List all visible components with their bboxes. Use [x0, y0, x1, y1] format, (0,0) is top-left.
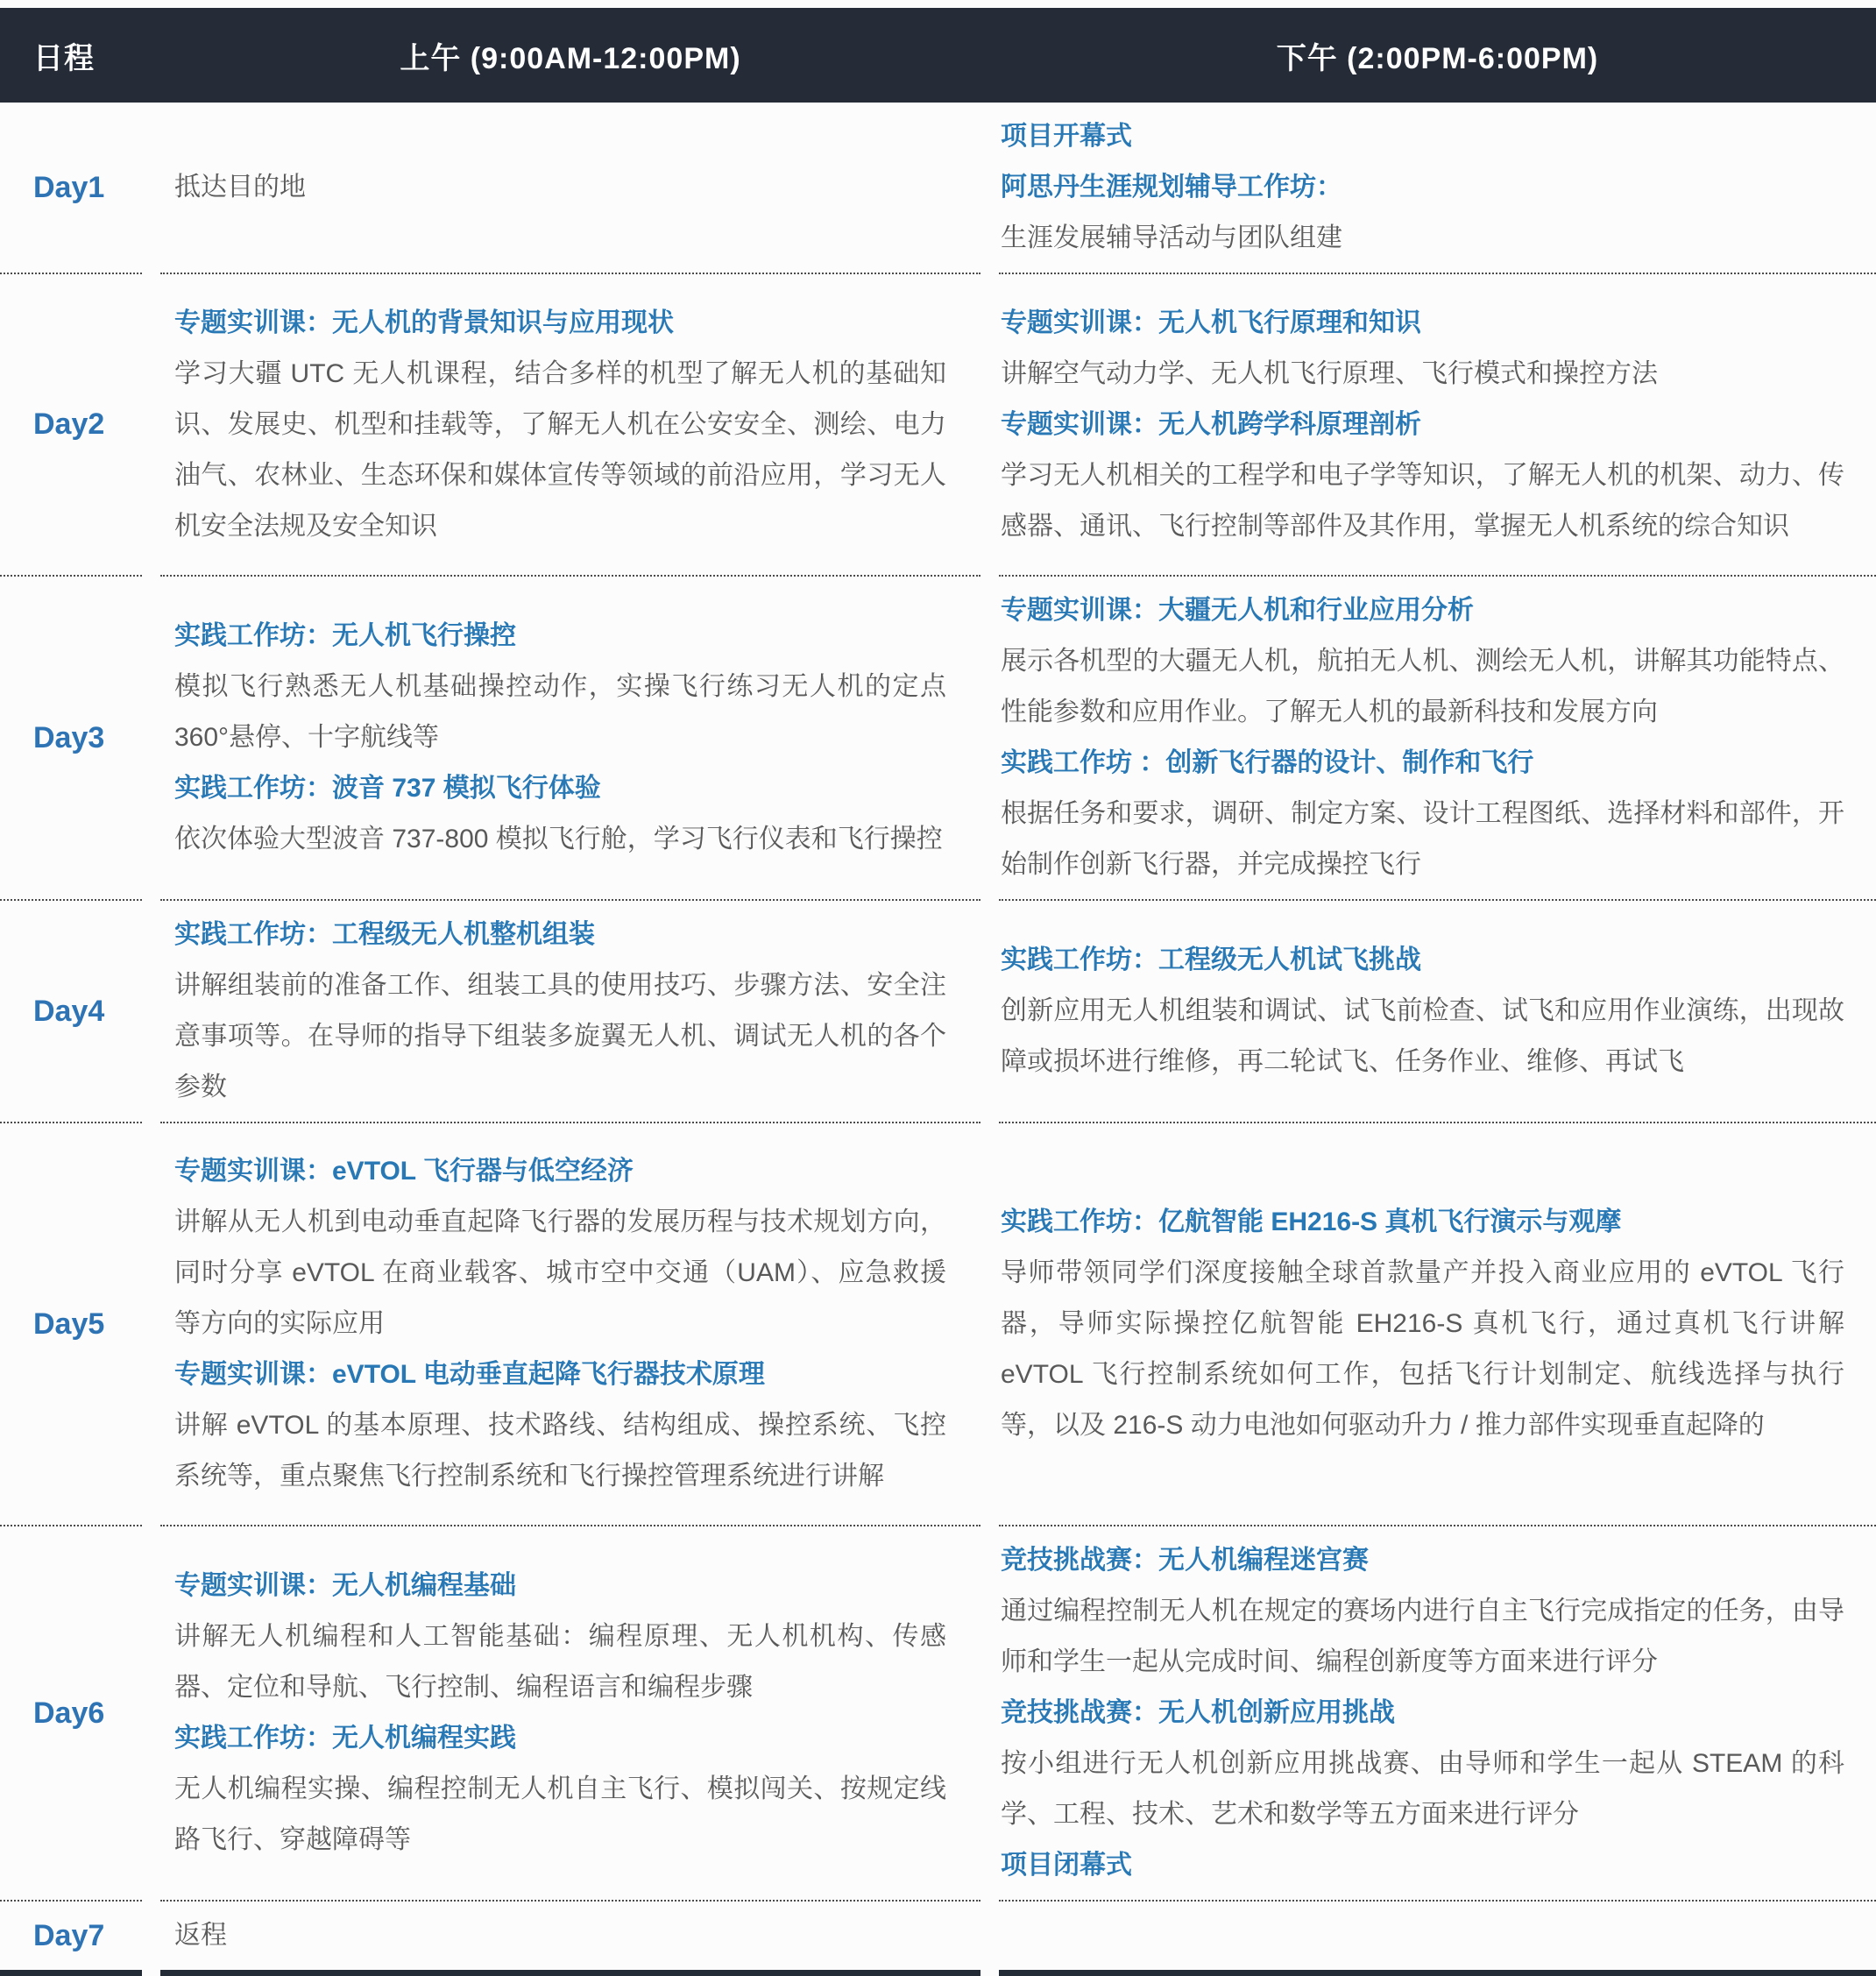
- session-title: 阿思丹生涯规划辅导工作坊：: [1001, 162, 1844, 213]
- session-desc: 模拟飞行熟悉无人机基础操控动作，实操飞行练习无人机的定点 360°悬停、十字航线…: [174, 662, 946, 763]
- session-desc: 通过编程控制无人机在规定的赛场内进行自主飞行完成指定的任务，由导师和学生一起从完…: [1001, 1586, 1844, 1688]
- afternoon-cell: [999, 1900, 1876, 1976]
- day-cell: Day7: [0, 1900, 142, 1976]
- morning-cell: 专题实训课：无人机编程基础 讲解无人机编程和人工智能基础：编程原理、无人机机构、…: [160, 1525, 980, 1900]
- session-title: 实践工作坊 ：创新飞行器的设计、制作和飞行: [1001, 738, 1844, 789]
- session-desc: 导师带领同学们深度接触全球首款量产并投入商业应用的 eVTOL 飞行器，导师实际…: [1001, 1248, 1844, 1451]
- session-title: 实践工作坊：工程级无人机试飞挑战: [1001, 935, 1844, 986]
- table-row-day2: Day2 专题实训课：无人机的背景知识与应用现状 学习大疆 UTC 无人机课程，…: [0, 273, 1876, 575]
- morning-cell: 专题实训课：无人机的背景知识与应用现状 学习大疆 UTC 无人机课程，结合多样的…: [160, 273, 980, 575]
- day-cell: Day2: [0, 273, 142, 575]
- afternoon-cell: 专题实训课：大疆无人机和行业应用分析 展示各机型的大疆无人机，航拍无人机、测绘无…: [999, 575, 1876, 899]
- session-title: 实践工作坊：亿航智能 EH216-S 真机飞行演示与观摩: [1001, 1197, 1844, 1248]
- day-label: Day6: [33, 1696, 142, 1731]
- session-title: 专题实训课：无人机跨学科原理剖析: [1001, 400, 1844, 450]
- session-desc: 讲解无人机编程和人工智能基础：编程原理、无人机机构、传感器、定位和导航、飞行控制…: [174, 1611, 946, 1713]
- session-desc: 讲解 eVTOL 的基本原理、技术路线、结构组成、操控系统、飞控系统等，重点聚焦…: [174, 1400, 946, 1502]
- session-title: 竞技挑战赛：无人机创新应用挑战: [1001, 1688, 1844, 1739]
- day-label: Day2: [33, 407, 142, 442]
- session-desc: 生涯发展辅导活动与团队组建: [1001, 213, 1844, 264]
- session-desc: 创新应用无人机组装和调试、试飞前检查、试飞和应用作业演练，出现故障或损坏进行维修…: [1001, 986, 1844, 1087]
- day-label: Day1: [33, 171, 142, 205]
- afternoon-cell: 实践工作坊：亿航智能 EH216-S 真机飞行演示与观摩 导师带领同学们深度接触…: [999, 1122, 1876, 1525]
- session-title: 实践工作坊：工程级无人机整机组装: [174, 910, 946, 960]
- schedule-table: 日程 上午 (9:00AM-12:00PM) 下午 (2:00PM-6:00PM…: [0, 0, 1876, 1976]
- table-header-row: 日程 上午 (9:00AM-12:00PM) 下午 (2:00PM-6:00PM…: [0, 8, 1876, 103]
- session-title: 实践工作坊：无人机编程实践: [174, 1713, 946, 1764]
- table-row-day7: Day7 返程: [0, 1900, 1876, 1976]
- session-desc: 返程: [174, 1910, 946, 1961]
- session-title: 实践工作坊：波音 737 模拟飞行体验: [174, 763, 946, 814]
- session-title: 专题实训课：无人机飞行原理和知识: [1001, 298, 1844, 349]
- day-label: Day7: [33, 1919, 142, 1953]
- session-title: 专题实训课：eVTOL 电动垂直起降飞行器技术原理: [174, 1349, 946, 1400]
- table-row-day6: Day6 专题实训课：无人机编程基础 讲解无人机编程和人工智能基础：编程原理、无…: [0, 1525, 1876, 1900]
- header-cell-morning: 上午 (9:00AM-12:00PM): [160, 34, 980, 77]
- table-row-day1: Day1 抵达目的地 项目开幕式 阿思丹生涯规划辅导工作坊： 生涯发展辅导活动与…: [0, 103, 1876, 273]
- session-desc: 按小组进行无人机创新应用挑战赛、由导师和学生一起从 STEAM 的科学、工程、技…: [1001, 1739, 1844, 1840]
- afternoon-cell: 专题实训课：无人机飞行原理和知识 讲解空气动力学、无人机飞行原理、飞行模式和操控…: [999, 273, 1876, 575]
- table-row-day3: Day3 实践工作坊：无人机飞行操控 模拟飞行熟悉无人机基础操控动作，实操飞行练…: [0, 575, 1876, 899]
- morning-cell: 抵达目的地: [160, 103, 980, 273]
- morning-cell: 实践工作坊：工程级无人机整机组装 讲解组装前的准备工作、组装工具的使用技巧、步骤…: [160, 899, 980, 1122]
- session-desc: 根据任务和要求，调研、制定方案、设计工程图纸、选择材料和部件，开始制作创新飞行器…: [1001, 789, 1844, 890]
- day-cell: Day3: [0, 575, 142, 899]
- afternoon-cell: 竞技挑战赛：无人机编程迷宫赛 通过编程控制无人机在规定的赛场内进行自主飞行完成指…: [999, 1525, 1876, 1900]
- session-title: 竞技挑战赛：无人机编程迷宫赛: [1001, 1535, 1844, 1586]
- day-cell: Day1: [0, 103, 142, 273]
- day-cell: Day4: [0, 899, 142, 1122]
- morning-cell: 专题实训课：eVTOL 飞行器与低空经济 讲解从无人机到电动垂直起降飞行器的发展…: [160, 1122, 980, 1525]
- session-title: 专题实训课：eVTOL 飞行器与低空经济: [174, 1146, 946, 1197]
- session-desc: 展示各机型的大疆无人机，航拍无人机、测绘无人机，讲解其功能特点、性能参数和应用作…: [1001, 636, 1844, 738]
- day-label: Day3: [33, 721, 142, 755]
- session-desc: 学习大疆 UTC 无人机课程，结合多样的机型了解无人机的基础知识、发展史、机型和…: [174, 349, 946, 552]
- session-title: 专题实训课：大疆无人机和行业应用分析: [1001, 585, 1844, 636]
- table-row-day5: Day5 专题实训课：eVTOL 飞行器与低空经济 讲解从无人机到电动垂直起降飞…: [0, 1122, 1876, 1525]
- day-label: Day4: [33, 995, 142, 1029]
- day-cell: Day5: [0, 1122, 142, 1525]
- session-desc: 讲解从无人机到电动垂直起降飞行器的发展历程与技术规划方向，同时分享 eVTOL …: [174, 1197, 946, 1349]
- day-cell: Day6: [0, 1525, 142, 1900]
- session-desc: 学习无人机相关的工程学和电子学等知识，了解无人机的机架、动力、传感器、通讯、飞行…: [1001, 450, 1844, 552]
- afternoon-cell: 实践工作坊：工程级无人机试飞挑战 创新应用无人机组装和调试、试飞前检查、试飞和应…: [999, 899, 1876, 1122]
- session-title: 专题实训课：无人机编程基础: [174, 1561, 946, 1611]
- session-title: 项目闭幕式: [1001, 1840, 1844, 1891]
- session-title: 实践工作坊：无人机飞行操控: [174, 611, 946, 662]
- morning-cell: 返程: [160, 1900, 980, 1976]
- morning-cell: 实践工作坊：无人机飞行操控 模拟飞行熟悉无人机基础操控动作，实操飞行练习无人机的…: [160, 575, 980, 899]
- afternoon-cell: 项目开幕式 阿思丹生涯规划辅导工作坊： 生涯发展辅导活动与团队组建: [999, 103, 1876, 273]
- table-row-day4: Day4 实践工作坊：工程级无人机整机组装 讲解组装前的准备工作、组装工具的使用…: [0, 899, 1876, 1122]
- session-title: 项目开幕式: [1001, 111, 1844, 162]
- header-cell-day: 日程: [0, 34, 142, 77]
- session-desc: 抵达目的地: [174, 162, 946, 213]
- session-desc: 依次体验大型波音 737-800 模拟飞行舱，学习飞行仪表和飞行操控: [174, 814, 946, 865]
- session-desc: 讲解空气动力学、无人机飞行原理、飞行模式和操控方法: [1001, 349, 1844, 400]
- session-title: 专题实训课：无人机的背景知识与应用现状: [174, 298, 946, 349]
- session-desc: 讲解组装前的准备工作、组装工具的使用技巧、步骤方法、安全注意事项等。在导师的指导…: [174, 960, 946, 1113]
- day-label: Day5: [33, 1307, 142, 1342]
- header-cell-afternoon: 下午 (2:00PM-6:00PM): [999, 34, 1876, 77]
- session-desc: 无人机编程实操、编程控制无人机自主飞行、模拟闯关、按规定线路飞行、穿越障碍等: [174, 1764, 946, 1866]
